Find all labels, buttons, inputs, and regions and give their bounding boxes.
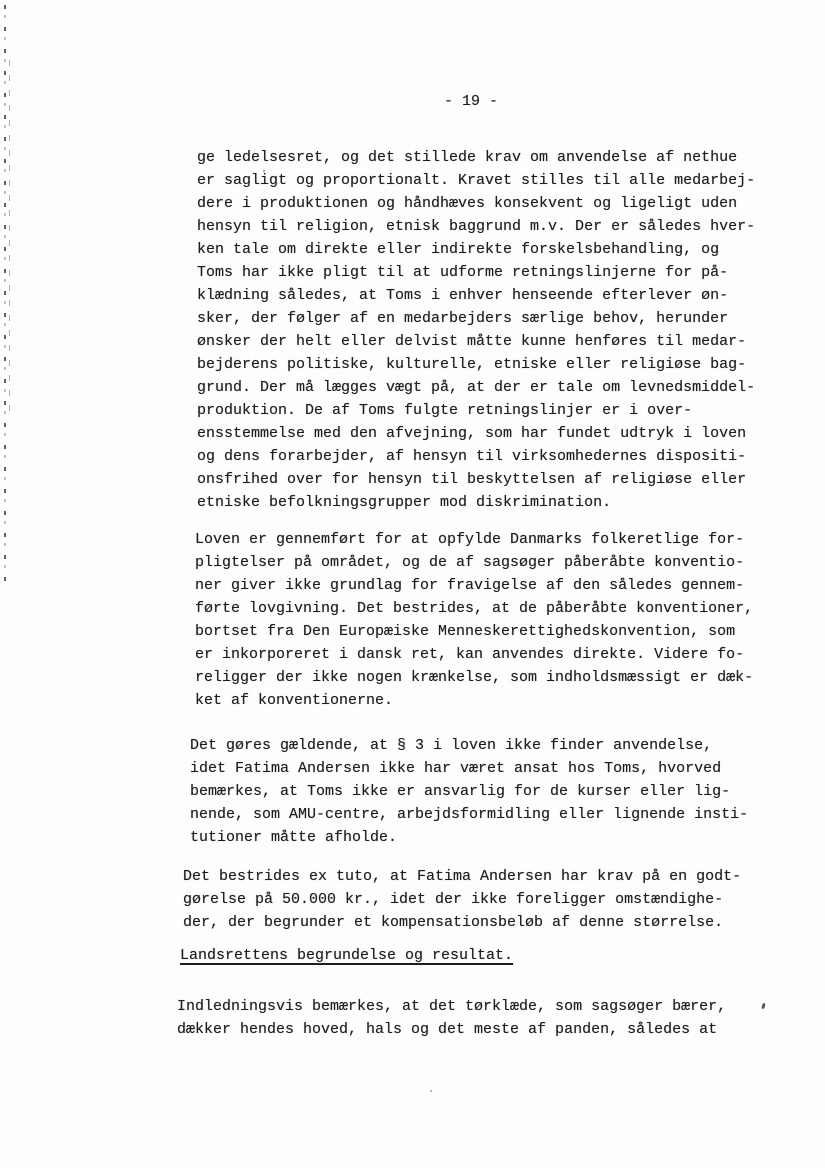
text-line: produktion. De af Toms fulgte retningsli… [197,399,755,422]
scan-speck [761,1003,766,1010]
text-line: der, der begrunder et kompensationsbeløb… [183,911,741,934]
text-line: ner giver ikke grundlag for fravigelse a… [195,574,753,597]
text-line: nende, som AMU-centre, arbejdsformidling… [190,803,748,826]
text-line: ønsker der helt eller delvist måtte kunn… [197,330,755,353]
text-line: gørelse på 50.000 kr., idet der ikke for… [183,888,741,911]
text-line: bortset fra Den Europæiske Menneskeretti… [195,620,753,643]
text-line: grund. Der må lægges vægt på, at der er … [197,376,755,399]
text-line: Indledningsvis bemærkes, at det tørklæde… [177,995,726,1018]
text-line: er sagligt og proportionalt. Kravet stil… [197,169,755,192]
text-line: etniske befolkningsgrupper mod diskrimin… [197,491,755,514]
paragraph-1: ge ledelsesret, og det stillede krav om … [197,146,755,514]
text-line: førte lovgivning. Det bestrides, at de p… [195,597,753,620]
text-line: bemærkes, at Toms ikke er ansvarlig for … [190,780,748,803]
text-line: Loven er gennemført for at opfylde Danma… [195,528,753,551]
text-line: pligtelser på området, og de af sagsøger… [195,551,753,574]
text-line: klædning således, at Toms i enhver hense… [197,284,755,307]
text-line: dækker hendes hoved, hals og det meste a… [177,1018,726,1041]
text-line: onsfrihed over for hensyn til beskyttels… [197,468,755,491]
text-line: ensstemmelse med den afvejning, som har … [197,422,755,445]
text-line: hensyn til religion, etnisk baggrund m.v… [197,215,755,238]
text-line: Det bestrides ex tuto, at Fatima Anderse… [183,865,741,888]
text-line: Det gøres gældende, at § 3 i loven ikke … [190,734,748,757]
text-line: tutioner måtte afholde. [190,826,748,849]
document-page: - 19 - ge ledelsesret, og det stillede k… [0,0,825,1168]
heading-text: Landsrettens begrundelse og resultat. [180,944,513,967]
text-line: bejderens politiske, kulturelle, etniske… [197,353,755,376]
paragraph-5: Indledningsvis bemærkes, at det tørklæde… [177,995,726,1041]
section-heading: Landsrettens begrundelse og resultat. [180,944,513,967]
paragraph-4: Det bestrides ex tuto, at Fatima Anderse… [183,865,741,934]
text-line: og dens forarbejder, af hensyn til virks… [197,445,755,468]
text-line: dere i produktionen og håndhæves konsekv… [197,192,755,215]
text-line: sker, der følger af en medarbejders særl… [197,307,755,330]
page-number: - 19 - [444,90,498,113]
text-line: ken tale om direkte eller indirekte fors… [197,238,755,261]
scan-artifact-left-edge [4,5,6,585]
paragraph-3: Det gøres gældende, at § 3 i loven ikke … [190,734,748,849]
text-line: ge ledelsesret, og det stillede krav om … [197,146,755,169]
scan-speck [430,1090,432,1092]
text-line: ket af konventionerne. [195,689,753,712]
text-line: religger der ikke nogen krænkelse, som i… [195,666,753,689]
text-line: er inkorporeret i dansk ret, kan anvende… [195,643,753,666]
text-line: idet Fatima Andersen ikke har været ansa… [190,757,748,780]
scan-artifact-left-edge-2 [9,60,10,420]
scan-speck [263,170,265,172]
text-line: Toms har ikke pligt til at udforme retni… [197,261,755,284]
paragraph-2: Loven er gennemført for at opfylde Danma… [195,528,753,712]
